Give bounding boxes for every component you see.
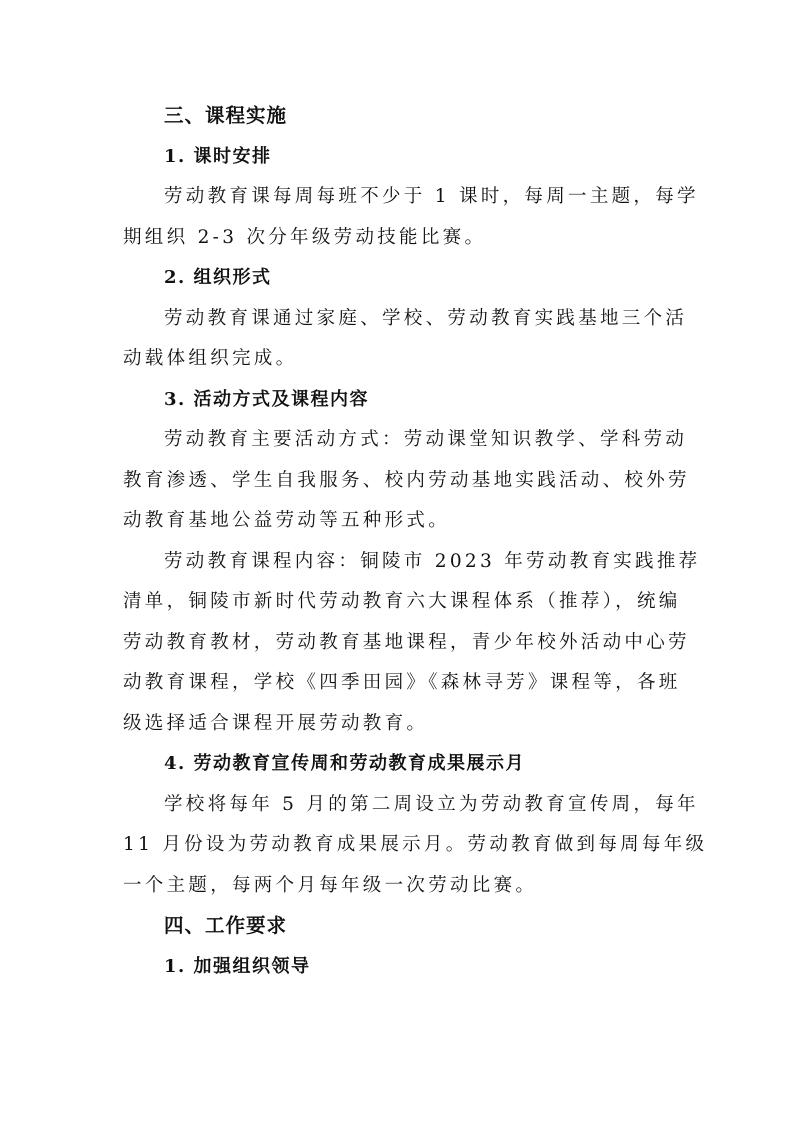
paragraph-line: 清单，铜陵市新时代劳动教育六大课程体系（推荐），统编 bbox=[123, 582, 675, 623]
paragraph-line: 劳动教育课通过家庭、学校、劳动教育实践基地三个活 bbox=[123, 299, 675, 340]
paragraph-line: 劳动教育课每周每班不少于 1 课时，每周一主题，每学 bbox=[123, 177, 675, 218]
paragraph-line: 动载体组织完成。 bbox=[123, 339, 675, 380]
subsection-title: 4. 劳动教育宣传周和劳动教育成果展示月 bbox=[123, 744, 675, 785]
paragraph-line: 教育渗透、学生自我服务、校内劳动基地实践活动、校外劳 bbox=[123, 461, 675, 502]
paragraph: 劳动教育课通过家庭、学校、劳动教育实践基地三个活 动载体组织完成。 bbox=[123, 299, 675, 380]
paragraph-line: 动教育课程，学校《四季田园》《森林寻芳》课程等，各班 bbox=[123, 663, 675, 704]
document-page: 三、课程实施 1. 课时安排 劳动教育课每周每班不少于 1 课时，每周一主题，每… bbox=[123, 96, 675, 987]
paragraph-line: 级选择适合课程开展劳动教育。 bbox=[123, 704, 675, 745]
paragraph-line: 劳动教育课程内容：铜陵市 2023 年劳动教育实践推荐 bbox=[123, 542, 675, 583]
paragraph-line: 期组织 2-3 次分年级劳动技能比赛。 bbox=[123, 218, 675, 259]
paragraph-line: 动教育基地公益劳动等五种形式。 bbox=[123, 501, 675, 542]
subsection-title: 1. 课时安排 bbox=[123, 137, 675, 178]
paragraph: 劳动教育课每周每班不少于 1 课时，每周一主题，每学 期组织 2-3 次分年级劳… bbox=[123, 177, 675, 258]
paragraph: 劳动教育主要活动方式：劳动课堂知识教学、学科劳动 教育渗透、学生自我服务、校内劳… bbox=[123, 420, 675, 542]
paragraph-line: 劳动教育教材，劳动教育基地课程，青少年校外活动中心劳 bbox=[123, 623, 675, 664]
subsection-title: 1. 加强组织领导 bbox=[123, 947, 675, 988]
section-heading: 三、课程实施 bbox=[123, 96, 675, 137]
paragraph-line: 劳动教育主要活动方式：劳动课堂知识教学、学科劳动 bbox=[123, 420, 675, 461]
section-heading: 四、工作要求 bbox=[123, 906, 675, 947]
paragraph: 学校将每年 5 月的第二周设立为劳动教育宣传周，每年 11 月份设为劳动教育成果… bbox=[123, 785, 675, 907]
paragraph-line: 11 月份设为劳动教育成果展示月。劳动教育做到每周每年级 bbox=[123, 825, 675, 866]
paragraph-line: 学校将每年 5 月的第二周设立为劳动教育宣传周，每年 bbox=[123, 785, 675, 826]
subsection-title: 3. 活动方式及课程内容 bbox=[123, 380, 675, 421]
paragraph-line: 一个主题，每两个月每年级一次劳动比赛。 bbox=[123, 866, 675, 907]
paragraph: 劳动教育课程内容：铜陵市 2023 年劳动教育实践推荐 清单，铜陵市新时代劳动教… bbox=[123, 542, 675, 745]
subsection-title: 2. 组织形式 bbox=[123, 258, 675, 299]
